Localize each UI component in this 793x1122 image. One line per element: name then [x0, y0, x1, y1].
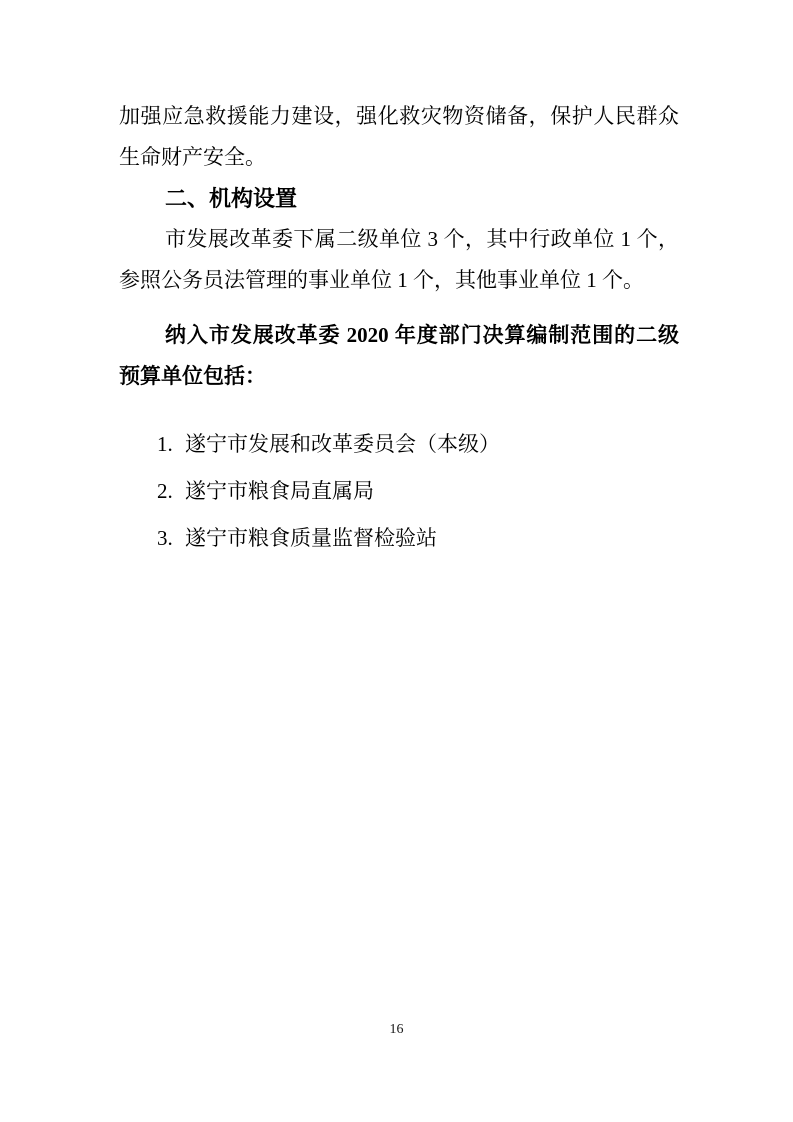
list-item-unit-name: 遂宁市粮食质量监督检验站 — [185, 518, 437, 559]
list-item-number: 1. — [157, 424, 185, 465]
list-item-number: 3. — [157, 518, 185, 559]
list-item-unit-name: 遂宁市发展和改革委员会（本级） — [185, 424, 500, 465]
document-page: 加强应急救援能力建设，强化救灾物资储备，保护人民群众生命财产安全。 二、机构设置… — [0, 0, 793, 1122]
paragraph-subordinate-units: 市发展改革委下属二级单位 3 个，其中行政单位 1 个，参照公务员法管理的事业单… — [119, 219, 679, 301]
paragraph-emergency-rescue: 加强应急救援能力建设，强化救灾物资储备，保护人民群众生命财产安全。 — [119, 96, 679, 178]
budget-unit-list: 1. 遂宁市发展和改革委员会（本级） 2. 遂宁市粮食局直属局 3. 遂宁市粮食… — [119, 424, 679, 559]
list-item: 1. 遂宁市发展和改革委员会（本级） — [157, 424, 679, 465]
paragraph-budget-scope: 纳入市发展改革委 2020 年度部门决算编制范围的二级预算单位包括： — [119, 315, 679, 397]
section-heading-organization-setup: 二、机构设置 — [165, 178, 679, 219]
list-item: 3. 遂宁市粮食质量监督检验站 — [157, 518, 679, 559]
list-item-number: 2. — [157, 471, 185, 512]
list-item: 2. 遂宁市粮食局直属局 — [157, 471, 679, 512]
document-body: 加强应急救援能力建设，强化救灾物资储备，保护人民群众生命财产安全。 二、机构设置… — [119, 96, 679, 565]
page-number: 16 — [0, 1020, 793, 1040]
list-item-unit-name: 遂宁市粮食局直属局 — [185, 471, 374, 512]
